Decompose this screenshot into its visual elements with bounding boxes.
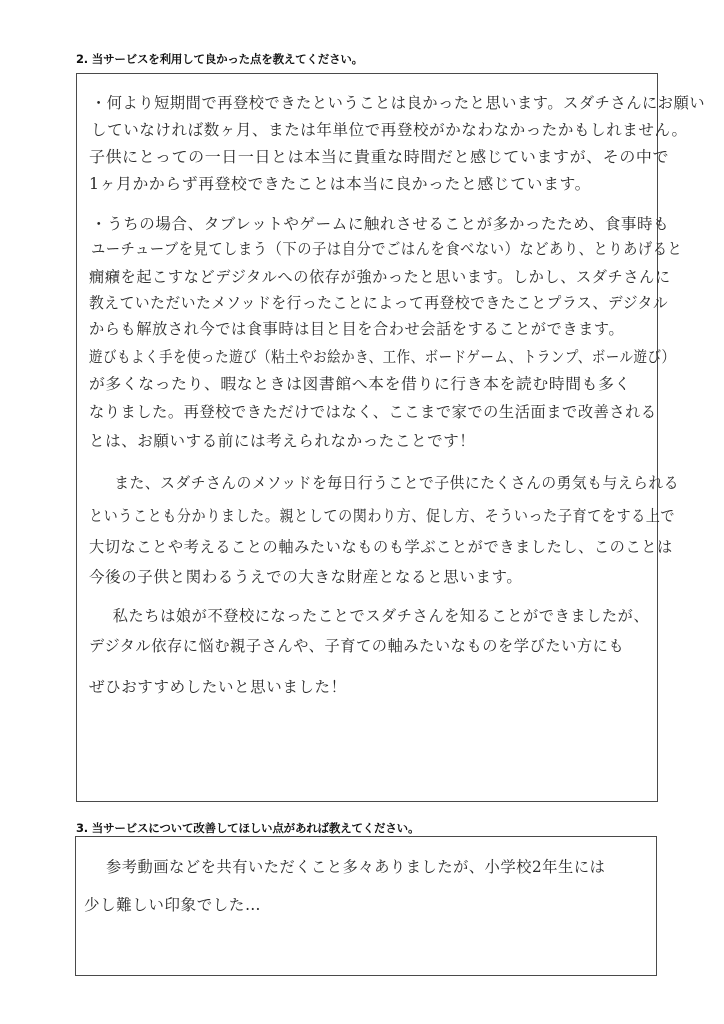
handwritten-line: 私たちは娘が不登校になったことでスダチさんを知ることができましたが、 [97, 604, 649, 626]
handwritten-line: デジタル依存に悩む親子さんや、子育ての軸みたいなものを学びたい方にも [89, 634, 624, 656]
handwritten-line: 教えていただいたメソッドを行ったことによって再登校できたことプラス、デジタル [89, 291, 668, 313]
handwritten-line: 参考動画などを共有いただくこと多々ありましたが、小学校2年生には [106, 855, 605, 877]
handwritten-line: 1ヶ月かからず再登校できたことは本当に良かったと感じています。 [89, 172, 591, 194]
handwritten-line: なりました。再登校できただけではなく、ここまで家での生活面まで改善される [89, 400, 657, 422]
section-2-heading: 2. 当サービスを利用して良かった点を教えてください。 [76, 51, 363, 67]
handwritten-line: また、スダチさんのメソッドを毎日行うことで子供にたくさんの勇気も与えられる [99, 471, 679, 493]
handwritten-line: とは、お願いする前には考えられなかったことです！ [89, 429, 475, 451]
handwritten-line: 癇癪を起こすなどデジタルへの依存が強かったと思います。しかし、スダチさんに [89, 265, 671, 287]
handwritten-line: 今後の子供と関わるうえでの大きな財産となると思います。 [89, 565, 522, 587]
section-3-heading: 3. 当サービスについて改善してほしい点があれば教えてください。 [76, 820, 419, 836]
handwritten-line: ぜひおすすめしたいと思いました！ [89, 675, 347, 697]
handwritten-line: からも解放され今では食事時は目と目を合わせ会話をすることができます。 [89, 317, 624, 339]
handwritten-line: していなければ数ヶ月、または年単位で再登校がかなわなかったかもしれません。 [91, 118, 688, 140]
handwritten-line: 少し難しい印象でした… [84, 893, 261, 915]
handwritten-line: ・何より短期間で再登校できたということは良かったと思います。スダチさんにお願い [91, 91, 705, 113]
handwritten-line: ・うちの場合、タブレットやゲームに触れさせることが多かったため、食事時も [91, 212, 669, 234]
handwritten-line: 遊びもよく手を使った遊び（粘土やお絵かき、工作、ボードゲーム、トランプ、ボール遊… [89, 345, 676, 367]
handwritten-line: ユーチューブを見てしまう（下の子は自分でごはんを食べない）などあり、とりあげると [91, 237, 682, 259]
section-3-answer-box: 参考動画などを共有いただくこと多々ありましたが、小学校2年生には 少し難しい印象… [75, 836, 657, 976]
handwritten-line: 子供にとっての一日一日とは本当に貴重な時間だと感じていますが、その中で [89, 145, 669, 167]
handwritten-line: が多くなったり、暇なときは図書館へ本を借りに行き本を読む時間も多く [89, 372, 631, 394]
section-2-answer-box: ・何より短期間で再登校できたということは良かったと思います。スダチさんにお願い … [76, 73, 658, 802]
handwritten-line: ということも分かりました。親としての関わり方、促し方、そういった子育てをする上で [89, 504, 675, 526]
handwritten-line: 大切なことや考えることの軸みたいなものも学ぶことができましたし、このことは [89, 535, 673, 557]
